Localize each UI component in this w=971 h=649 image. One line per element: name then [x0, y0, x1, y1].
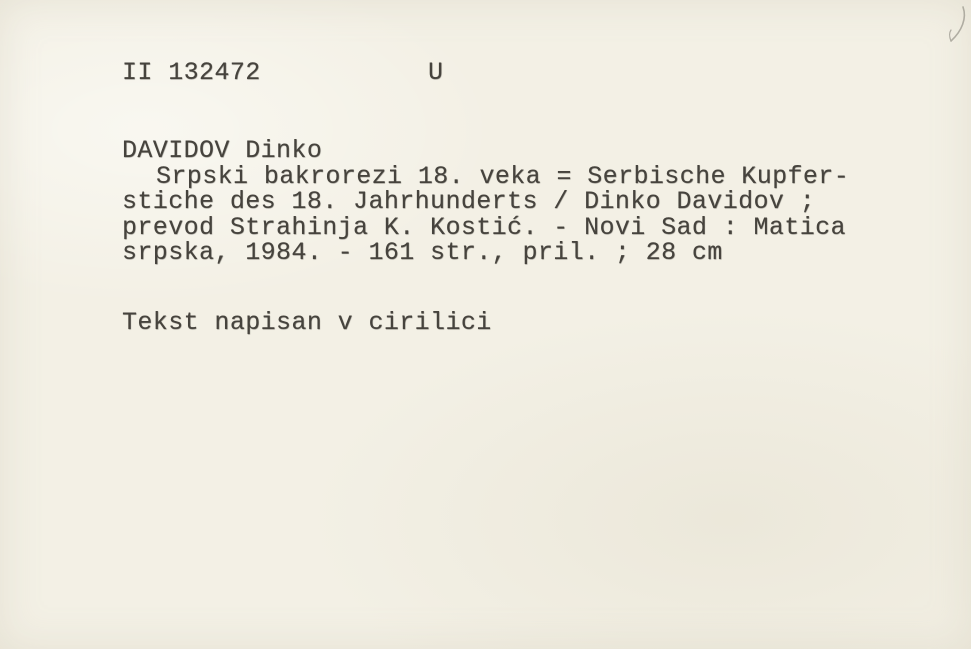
- pen-mark-icon: [942, 4, 968, 48]
- entry-line: srpska, 1984. - 161 str., pril. ; 28 cm: [122, 240, 922, 266]
- collection-letter: U: [428, 58, 443, 87]
- catalog-entry: DAVIDOV Dinko Srpski bakrorezi 18. veka …: [122, 138, 922, 266]
- entry-line: Srpski bakrorezi 18. veka = Serbische Ku…: [122, 164, 922, 190]
- note-line: Tekst napisan v cirilici: [122, 308, 492, 337]
- entry-line: prevod Strahinja K. Kostić. - Novi Sad :…: [122, 215, 922, 241]
- catalog-card: II 132472 U DAVIDOV Dinko Srpski bakrore…: [0, 0, 971, 649]
- call-number: II 132472: [122, 58, 261, 87]
- call-number-row: II 132472 U: [122, 58, 882, 86]
- entry-line: stiche des 18. Jahrhunderts / Dinko Davi…: [122, 189, 922, 215]
- author-heading: DAVIDOV Dinko: [122, 138, 922, 164]
